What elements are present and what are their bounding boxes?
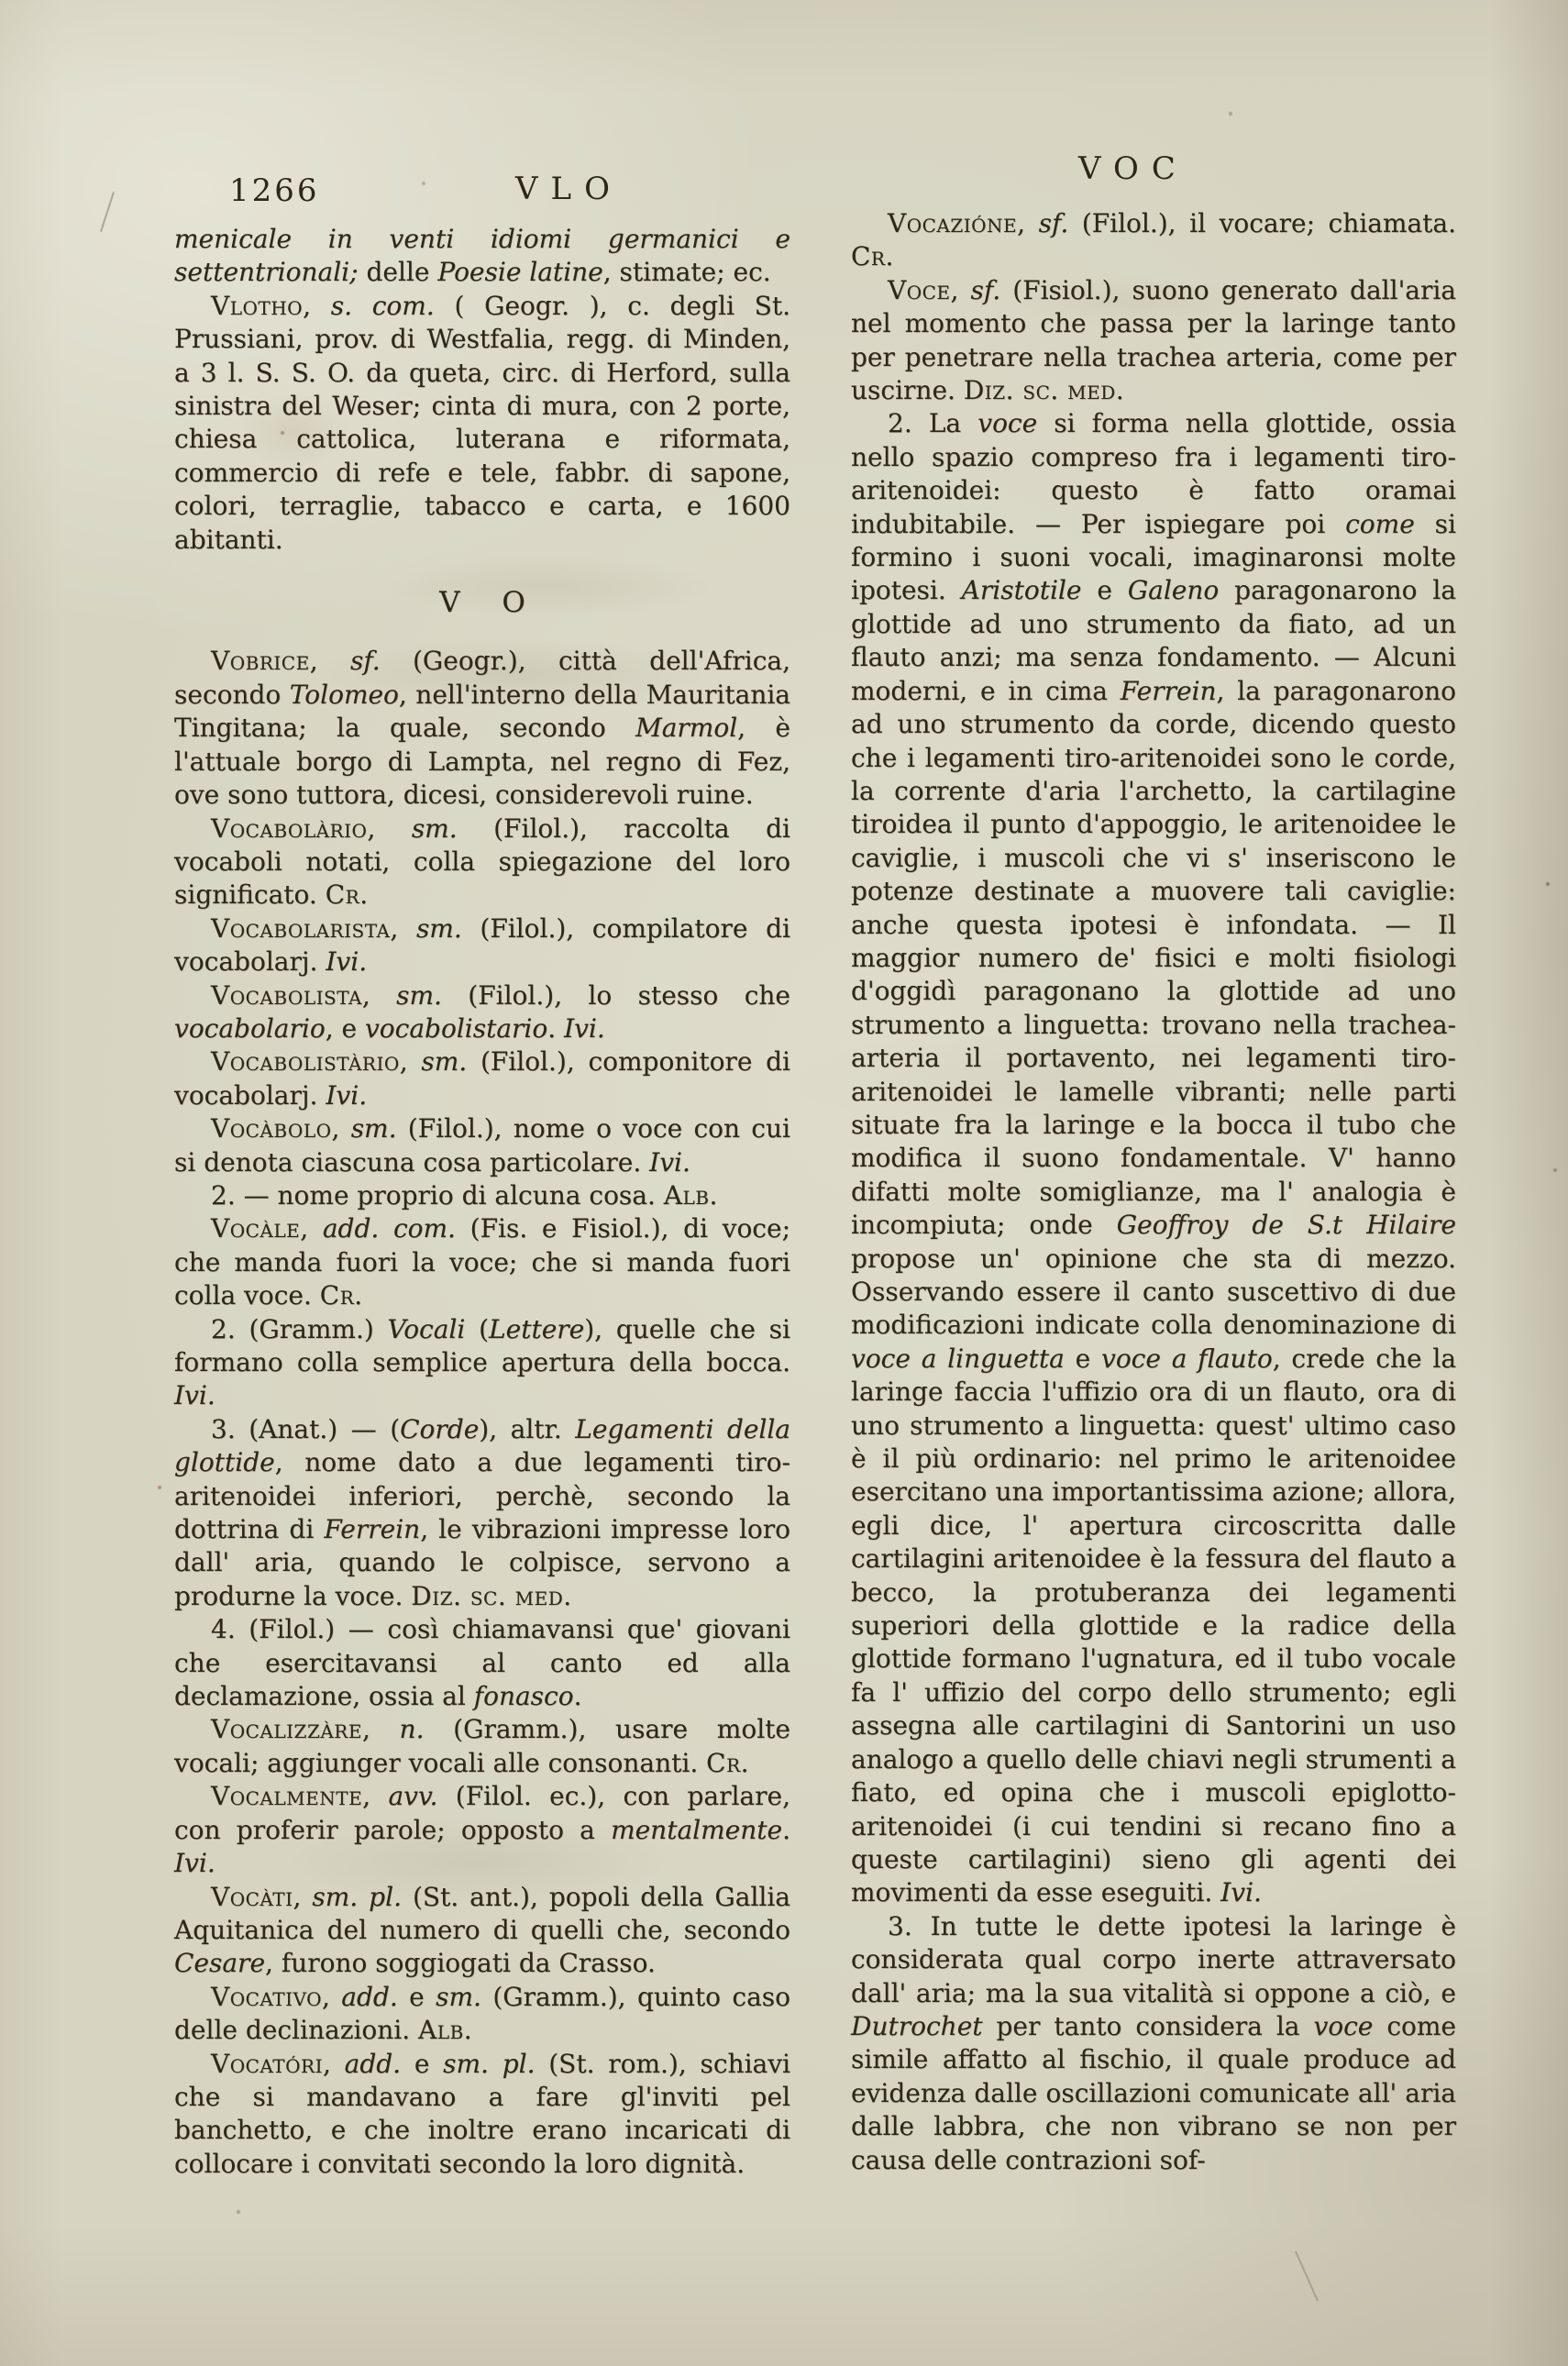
entry-paragraph: 2. La voce si forma nella glottide, ossi… — [851, 407, 1456, 1909]
text-segment: sm. pl. — [443, 2049, 535, 2079]
entry-vocale: Vocàle, add. com. (Fis. e Fisiol.), di v… — [174, 1212, 790, 1312]
text-segment: , — [390, 913, 416, 944]
text-segment: Corde — [400, 1414, 479, 1444]
text-segment: , crede che la laringe faccia l'uffizio … — [851, 1343, 1456, 1908]
text-segment: Cr. — [320, 1280, 363, 1310]
entry-vocabolario: Vocabolàrio, sm. (Filol.), raccolta di v… — [174, 813, 790, 912]
text-segment: 3. (Anat.) — ( — [211, 1414, 400, 1444]
text-segment: Vocàle — [211, 1213, 300, 1244]
entry-paragraph: 2. — nome proprio di alcuna cosa. Alb. — [174, 1179, 790, 1212]
text-segment: Geoffroy de S.t Hilaire — [1117, 1210, 1456, 1240]
text-segment: , stimate; ec. — [603, 257, 771, 287]
text-segment: sm. — [396, 980, 442, 1011]
text-segment: Tolomeo — [290, 680, 399, 710]
text-segment: Lettere — [489, 1314, 584, 1344]
text-segment: Cr. — [851, 241, 894, 271]
text-segment: sm. — [416, 913, 462, 944]
text-segment: Vocatóri — [211, 2049, 323, 2079]
text-segment: voce — [977, 408, 1037, 438]
text-segment: sf. — [971, 275, 1001, 305]
text-segment: Ferrein — [1121, 676, 1217, 706]
text-segment: add. — [341, 1982, 397, 2012]
text-segment: Alb. — [664, 1180, 718, 1211]
text-segment: s. com. — [331, 291, 435, 321]
text-segment: sf. — [1039, 208, 1069, 238]
text-segment: Diz. sc. med. — [964, 375, 1124, 405]
text-segment: e — [398, 1982, 436, 2012]
text-segment: e — [1081, 575, 1127, 605]
text-segment: Cr. — [706, 1748, 749, 1778]
text-segment: Ivi. — [649, 1147, 690, 1177]
entry-paragraph: 2. (Gramm.) Vocali (Lettere), quelle che… — [174, 1313, 790, 1413]
text-segment: Vocàti — [211, 1882, 293, 1912]
left-column: menicale in venti idiomi germanici e set… — [174, 223, 790, 2181]
text-segment: , — [293, 1882, 313, 1912]
text-segment: avv. — [388, 1781, 437, 1811]
text-segment: Ivi. — [326, 946, 367, 977]
stray-pen-mark — [1295, 2250, 1319, 2302]
text-segment: , — [400, 1046, 422, 1077]
text-segment: Ivi. — [564, 1013, 605, 1044]
text-segment: Galeno — [1128, 575, 1219, 605]
entry-paragraph: 4. (Filol.) — così chiamavansi que' giov… — [174, 1613, 790, 1713]
text-segment: Marmol — [635, 713, 737, 743]
text-segment: vocabolario — [174, 1013, 326, 1044]
text-segment: Vobrice — [211, 646, 310, 676]
text-segment: Vocali — [388, 1314, 466, 1344]
entry-vocabolarista: Vocabolarista, sm. (Filol.), compilatore… — [174, 912, 790, 979]
text-segment: n. — [400, 1714, 425, 1744]
text-segment: mentalmente — [611, 1815, 782, 1845]
text-segment: (Filol.), il vocare; chiamata. — [1068, 208, 1456, 238]
text-segment: 2. La — [888, 408, 977, 438]
text-segment: ( Geogr. ), c. degli St. Prussiani, prov… — [174, 291, 790, 555]
text-segment: e — [401, 2049, 443, 2079]
text-segment: , — [323, 2049, 345, 2079]
entry-vlotho: Vlotho, s. com. ( Geogr. ), c. degli St.… — [174, 290, 790, 557]
text-segment: , — [322, 1982, 341, 2012]
running-head-left: VLO — [515, 171, 623, 207]
text-segment: Diz. sc. med. — [411, 1581, 571, 1611]
text-segment: sm. — [436, 1982, 481, 2012]
text-segment: delle — [359, 257, 438, 287]
text-segment: 2. — nome proprio di alcuna cosa. — [211, 1180, 664, 1211]
text-segment: Vocalmente — [211, 1781, 362, 1811]
text-segment: 3. In tutte le dette ipotesi la laringe … — [851, 1911, 1456, 2008]
text-segment: Ivi. — [174, 1380, 215, 1410]
entry-paragraph: 3. In tutte le dette ipotesi la laringe … — [851, 1910, 1456, 2177]
entry-vocativo: Vocativo, add. e sm. (Gramm.), quinto ca… — [174, 1981, 790, 2048]
text-segment: Vocazióne — [888, 208, 1017, 238]
paper-specks — [0, 0, 4, 4]
text-segment: Vocabolista — [211, 980, 362, 1011]
entry-vocalmente: Vocalmente, avv. (Filol. ec.), con parla… — [174, 1780, 790, 1880]
text-segment: Vocabolàrio — [211, 813, 367, 844]
text-segment: . — [574, 1681, 582, 1711]
text-segment: , furono soggiogati da Crasso. — [265, 1948, 656, 1978]
text-segment: Aristotile — [962, 575, 1082, 605]
text-segment: e — [1065, 1343, 1101, 1374]
section-heading: V O — [174, 586, 790, 619]
text-segment: , — [367, 813, 411, 844]
text-segment: , — [362, 980, 396, 1011]
text-segment: ), altr. — [479, 1414, 575, 1444]
text-segment: Vocàbolo — [211, 1113, 332, 1144]
text-segment: add. — [345, 2049, 401, 2079]
right-column: Vocazióne, sf. (Filol.), il vocare; chia… — [851, 207, 1456, 2177]
text-segment: (Filol.), lo stesso che — [442, 980, 790, 1011]
entry-paragraph: menicale in venti idiomi germanici e set… — [174, 223, 790, 290]
running-head-right: VOC — [1078, 150, 1188, 187]
text-segment: Cesare — [174, 1948, 265, 1978]
text-segment: 2. (Gramm.) — [211, 1314, 388, 1344]
text-segment: Ferrein — [324, 1514, 420, 1544]
text-segment: Vlotho — [211, 291, 303, 321]
entry-voce: Voce, sf. (Fisiol.), suono generato dall… — [851, 274, 1456, 408]
text-segment: Vocalizzàre — [211, 1714, 362, 1744]
text-segment: ( — [465, 1314, 489, 1344]
entry-paragraph: 3. (Anat.) — (Corde), altr. Legamenti de… — [174, 1413, 790, 1613]
entry-vocazione: Vocazióne, sf. (Filol.), il vocare; chia… — [851, 207, 1456, 274]
page-number: 1266 — [229, 172, 320, 209]
text-segment: propose un' opinione che sta di mezzo. O… — [851, 1244, 1456, 1341]
text-segment: Ivi. — [174, 1848, 215, 1878]
text-segment: sf. — [350, 646, 381, 676]
text-segment: Poesie latine — [437, 257, 602, 287]
text-segment: vocabolistario — [365, 1013, 547, 1044]
text-segment: , — [362, 1714, 400, 1744]
text-segment: Voce — [888, 275, 951, 305]
text-segment: , e — [326, 1013, 365, 1044]
text-segment: sm. pl. — [312, 1882, 402, 1912]
text-segment: add. com. — [323, 1213, 456, 1244]
entry-vocatori: Vocatóri, add. e sm. pl. (St. rom.), sch… — [174, 2048, 790, 2182]
text-segment: , — [951, 275, 971, 305]
text-segment: , — [362, 1781, 388, 1811]
text-segment: come — [1345, 509, 1415, 539]
text-segment: fonasco — [474, 1681, 574, 1711]
text-segment: sm. — [351, 1113, 397, 1144]
text-segment: . — [782, 1815, 790, 1845]
text-segment: Dutrochet — [851, 2011, 983, 2041]
text-segment: sm. — [421, 1046, 467, 1077]
text-segment: Cr. — [326, 879, 369, 910]
text-segment: sm. — [412, 813, 458, 844]
entry-vocati: Vocàti, sm. pl. (St. ant.), popoli della… — [174, 1881, 790, 1981]
text-segment: Vocativo — [211, 1982, 322, 2012]
text-segment: , — [303, 291, 331, 321]
text-segment: per tanto considera la — [983, 2011, 1314, 2041]
entry-vocalizzare: Vocalizzàre, n. (Gramm.), usare molte vo… — [174, 1713, 790, 1780]
text-segment: . — [547, 1013, 564, 1044]
text-segment: Vocabolistàrio — [211, 1046, 400, 1077]
text-segment: , la paragonarono ad uno strumento da co… — [851, 676, 1456, 1241]
text-segment: Alb. — [418, 2015, 472, 2045]
scanned-dictionary-page: 1266 VLO VOC menicale in venti idiomi ge… — [0, 0, 1568, 2366]
text-segment: Vocabolarista — [211, 913, 390, 944]
entry-vocabolo: Vocàbolo, sm. (Filol.), nome o voce con … — [174, 1112, 790, 1179]
text-segment: voce — [1313, 2011, 1373, 2041]
stray-pen-mark — [100, 192, 115, 232]
text-segment: , — [300, 1213, 323, 1244]
entry-vobrice: Vobrice, sf. (Geogr.), città dell'Africa… — [174, 645, 790, 812]
text-segment: voce a linguetta — [851, 1343, 1065, 1374]
text-segment: , — [332, 1113, 351, 1144]
text-segment: Ivi. — [1220, 1877, 1262, 1907]
text-segment: , — [310, 646, 350, 676]
text-segment: Ivi. — [326, 1080, 367, 1111]
text-segment: , — [1017, 208, 1038, 238]
entry-vocabolista: Vocabolista, sm. (Filol.), lo stesso che… — [174, 979, 790, 1046]
text-segment: voce a flauto — [1101, 1343, 1273, 1374]
entry-vocabolistario: Vocabolistàrio, sm. (Filol.), componitor… — [174, 1045, 790, 1112]
